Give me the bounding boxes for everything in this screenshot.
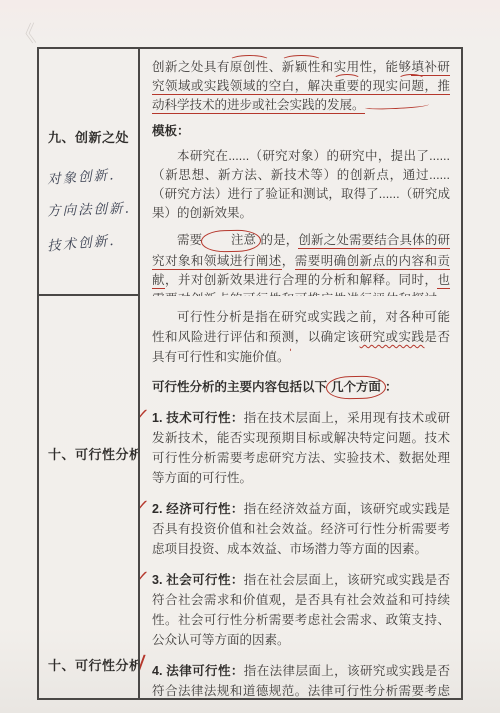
item-title: 2. 经济可行性：	[152, 502, 244, 516]
item-title: 4. 法律可行性：	[152, 664, 244, 678]
label-cell-innovation: 九、创新之处 对象创新. 方向法创新. 技术创新.	[39, 49, 140, 296]
handwritten-notes-group: 对象创新. 方向法创新. 技术创新.	[47, 165, 131, 264]
text-segment: ：	[385, 380, 398, 394]
innovation-note-paragraph: 需要注意的是，创新之处需要结合具体的研究对象和领域进行阐述，需要明确创新点的内容…	[152, 230, 450, 296]
item-title: 1. 技术可行性：	[152, 411, 244, 425]
feasibility-item-technical: ✓1. 技术可行性：指在技术层面上，采用现有技术或研发新技术，能否实现预期目标或…	[152, 408, 450, 488]
text-segment: ，	[282, 254, 295, 268]
red-checkmark-icon: ✓	[140, 404, 150, 425]
red-arc-annotated-text: 新颖性	[282, 60, 321, 74]
content-cell-feasibility: 可行性分析是指在研究或实践之前，对各种可能性和风险进行评估和预测，以确定该研究或…	[140, 296, 461, 698]
red-arc-annotated-text: 原创性	[230, 60, 269, 74]
red-underlined-text: 的现实	[360, 79, 399, 95]
red-circled-text: 注意	[201, 229, 261, 252]
red-checkmark-icon: √	[140, 655, 146, 676]
red-checkmark-icon: ✓	[140, 566, 150, 587]
text-segment: 可行性分析的主要内容包括以下	[152, 380, 327, 394]
red-circled-text: 几个方面	[326, 375, 386, 399]
text-segment: 、	[269, 60, 282, 74]
row-label-feasibility-repeat: 十、可行性分析	[48, 655, 140, 674]
red-arc-annotated-text: 问题	[399, 79, 425, 95]
text-segment: 创新之处具有	[152, 60, 230, 74]
feasibility-item-economic: ✓2. 经济可行性：指在经济效益方面，该研究或实践是否具有投资价值和社会效益。经…	[152, 499, 450, 559]
text-segment: 和实用性，能够	[321, 60, 412, 74]
feasibility-item-social: ✓3. 社会可行性：指在社会层面上，该研究或实践是否符合社会需求和价值观，是否具…	[152, 570, 450, 650]
innovation-intro-paragraph: 创新之处具有原创性、新颖性和实用性，能够填补研究领域或实践领域的空白，解决重要的…	[152, 58, 450, 115]
scanned-document-page: 《 九、创新之处 对象创新. 方向法创新. 技术创新. 创新之处具有原创性、新颖…	[0, 0, 500, 713]
handwritten-note-technology-innovation: 技术创新.	[46, 227, 131, 254]
red-underline-tail	[364, 102, 428, 110]
template-heading: 模板：	[152, 122, 450, 141]
text-segment: 需要	[177, 233, 202, 247]
text-segment: ，并对创新效果进行合理的分析和解释。同时，	[165, 273, 437, 287]
feasibility-item-legal: √4. 法律可行性：指在法律层面上，该研究或实践是否符合法律法规和道德规范。法律…	[152, 661, 450, 698]
document-table: 九、创新之处 对象创新. 方向法创新. 技术创新. 创新之处具有原创性、新颖性和…	[37, 47, 463, 700]
handwritten-note-object-innovation: 对象创新.	[46, 162, 131, 188]
content-cell-innovation: 创新之处具有原创性、新颖性和实用性，能够填补研究领域或实践领域的空白，解决重要的…	[140, 49, 461, 296]
red-tick-mark: ʹ	[290, 348, 292, 359]
row-label-innovation: 九、创新之处	[48, 127, 129, 146]
row-label-feasibility: 十、可行性分析	[48, 444, 140, 463]
item-title: 3. 社会可行性：	[152, 573, 244, 587]
corner-bracket-mark: 《	[12, 17, 37, 50]
label-cell-feasibility: 十、可行性分析 十、可行性分析	[39, 296, 140, 698]
feasibility-heading: 可行性分析的主要内容包括以下几个方面：	[152, 376, 450, 399]
red-checkmark-icon: ✓	[140, 495, 150, 516]
text-segment: 的是，	[260, 233, 298, 247]
red-wavy-underlined-text: 研究或实践	[360, 330, 425, 344]
red-arc-annotated-text: 重要	[334, 79, 360, 95]
feasibility-intro-paragraph: 可行性分析是指在研究或实践之前，对各种可能性和风险进行评估和预测，以确定该研究或…	[152, 307, 450, 367]
template-paragraph: 本研究在......（研究对象）的研究中，提出了......（新思想、新方法、新…	[152, 147, 450, 223]
handwritten-note-direction-innovation: 方向法创新.	[47, 197, 131, 220]
